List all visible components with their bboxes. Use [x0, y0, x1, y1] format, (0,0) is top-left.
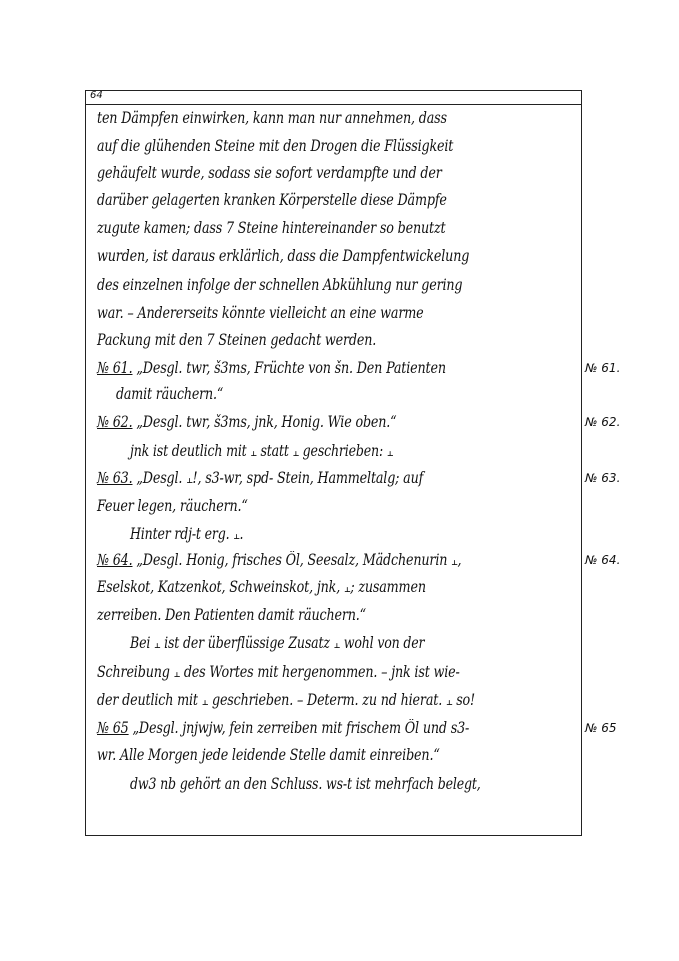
text-line: Schreibung ⫠ des Wortes mit hergenommen.…	[97, 662, 578, 684]
text-line: zugute kamen; dass 7 Steine hintereinand…	[97, 218, 578, 238]
text-line: zerreiben. Den Patienten damit räuchern.…	[97, 605, 578, 625]
entry-number: № 63.	[97, 469, 132, 487]
text-line: der deutlich mit ⫠ geschrieben. – Determ…	[97, 690, 578, 712]
entry-line: № 64. „Desgl. Honig, frisches Öl, Seesal…	[97, 550, 578, 572]
text-line: dw3 nb gehört an den Schluss. ws-t ist m…	[130, 774, 578, 794]
page-number: 64	[90, 90, 103, 101]
entry-line: № 65 „Desgl. jnjwjw, fein zerreiben mit …	[97, 718, 578, 738]
hieroglyph-icon: ⫠	[446, 694, 452, 709]
margin-entry-number: № 63.	[585, 471, 620, 485]
text-line: Hinter rdj-t erg. ⫠.	[130, 524, 578, 546]
hieroglyph-icon: ⫠	[186, 472, 192, 487]
text-line: ten Dämpfen einwirken, kann man nur anne…	[97, 108, 578, 128]
text-line: Feuer legen, räuchern.“	[97, 496, 578, 516]
margin-entry-number: № 62.	[585, 415, 620, 429]
margin-entry-number: № 61.	[585, 361, 620, 375]
hieroglyph-icon: ⫠	[154, 637, 160, 652]
hieroglyph-icon: ⫠	[174, 666, 180, 681]
hieroglyph-icon: ⫠	[233, 528, 239, 543]
margin-entry-number: № 65	[585, 721, 617, 735]
entry-number: № 65	[97, 719, 129, 737]
text-line: darüber gelagerten kranken Körperstelle …	[97, 190, 578, 210]
entry-number: № 61.	[97, 359, 132, 377]
entry-line: № 63. „Desgl. ⫠!, s3-wr, spd- Stein, Ham…	[97, 468, 578, 490]
text-line: Bei ⫠ ist der überflüssige Zusatz ⫠ wohl…	[130, 633, 578, 655]
entry-number: № 62.	[97, 413, 132, 431]
hieroglyph-icon: ⫠	[451, 554, 457, 569]
margin-entry-number: № 64.	[585, 553, 620, 567]
text-line: auf die glühenden Steine mit den Drogen …	[97, 136, 578, 156]
hieroglyph-icon: ⫠	[202, 694, 208, 709]
entry-line: № 62. „Desgl. twr, š3ms, jnk, Honig. Wie…	[97, 412, 578, 432]
text-line: war. – Andererseits könnte vielleicht an…	[97, 303, 578, 323]
text-line: des einzelnen infolge der schnellen Abkü…	[97, 275, 578, 295]
hieroglyph-icon: ⫠	[293, 445, 299, 460]
page-header: 64	[86, 91, 581, 105]
text-line: Eselskot, Katzenkot, Schweinskot, jnk, ⫠…	[97, 577, 578, 599]
text-line: Packung mit den 7 Steinen gedacht werden…	[97, 330, 578, 350]
entry-line: № 61. „Desgl. twr, š3ms, Früchte von šn.…	[97, 358, 578, 378]
text-line: damit räuchern.“	[116, 384, 578, 404]
hieroglyph-icon: ⫠	[334, 637, 340, 652]
text-line: wr. Alle Morgen jede leidende Stelle dam…	[97, 745, 578, 765]
hieroglyph-icon: ⫠	[250, 445, 256, 460]
hieroglyph-icon: ⫠	[387, 445, 393, 460]
entry-number: № 64.	[97, 551, 132, 569]
text-line: wurden, ist daraus erklärlich, dass die …	[97, 246, 578, 266]
text-line: jnk ist deutlich mit ⫠ statt ⫠ geschrieb…	[130, 441, 578, 463]
hieroglyph-icon: ⫠	[344, 581, 350, 596]
text-line: gehäufelt wurde, sodass sie sofort verda…	[97, 163, 578, 183]
